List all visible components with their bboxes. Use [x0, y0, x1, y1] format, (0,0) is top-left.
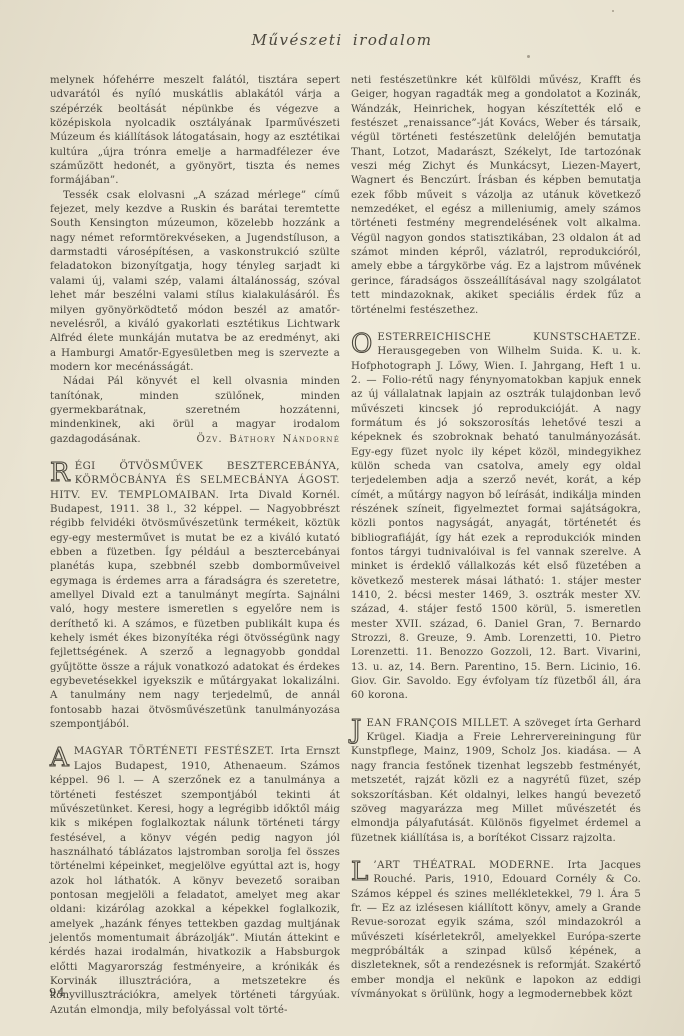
author-signature: Özv. Báthory Nándorné: [184, 433, 340, 447]
paragraph-text: neti festészetünkre két külföldi művész,…: [351, 75, 641, 316]
entry-body: A szöveget írta Gerhard Krügel. Kiadja a…: [351, 718, 641, 844]
review-entry: RÉGI ÖTVÖSMŰVEK BESZTERCEBÁNYA, KÖRMÖCBÁ…: [50, 460, 340, 733]
entry-body: Irta Ernszt Lajos Budapest, 1910, Athena…: [50, 746, 340, 1015]
text-paragraph: Nádai Pál könyvét el kell olvasnia minde…: [50, 375, 340, 447]
entry-title: ’ART THÉATRAL MODERNE.: [373, 860, 554, 871]
scan-speck: [527, 55, 530, 58]
page-content: melynek hófehérre meszelt falától, tiszt…: [50, 74, 641, 1018]
dropcap-initial: J: [351, 717, 367, 743]
dropcap-initial: A: [50, 745, 74, 771]
text-paragraph: melynek hófehérre meszelt falától, tiszt…: [50, 74, 340, 189]
entry-body: Herausgegeben von Wilhelm Suida. K. u. k…: [351, 346, 641, 701]
paragraph-text: melynek hófehérre meszelt falától, tiszt…: [50, 75, 340, 186]
dropcap-initial: R: [50, 460, 75, 486]
review-entry: L’ART THÉATRAL MODERNE. Irta Jacques Rou…: [351, 859, 641, 1002]
dropcap-initial: O: [351, 331, 377, 357]
page-title: Művészeti irodalom: [0, 31, 684, 49]
review-entry: JEAN FRANÇOIS MILLET. A szöveget írta Ge…: [351, 717, 641, 846]
text-paragraph: neti festészetünkre két külföldi művész,…: [351, 74, 641, 318]
entry-title: ESTERREICHISCHE KUNSTSCHAETZE.: [377, 332, 641, 343]
entry-body: Irta Jacques Rouché. Paris, 1910, Edouar…: [351, 860, 641, 1000]
left-column: melynek hófehérre meszelt falától, tiszt…: [50, 74, 340, 1018]
page-number: 94: [49, 985, 66, 999]
paragraph-text: Tessék csak elolvasni „A század mérlege”…: [50, 190, 340, 373]
review-entry: AMAGYAR TÖRTÉNETI FESTÉSZET. Irta Ernszt…: [50, 745, 340, 1018]
entry-title: EAN FRANÇOIS MILLET.: [367, 718, 510, 729]
scan-speck: [570, 957, 573, 959]
text-paragraph: Tessék csak elolvasni „A század mérlege”…: [50, 189, 340, 375]
right-column: neti festészetünkre két külföldi művész,…: [351, 74, 641, 1018]
journal-page: Művészeti irodalom melynek hófehérre mes…: [0, 0, 684, 1036]
dropcap-initial: L: [351, 859, 373, 885]
scan-speck: [612, 10, 614, 12]
review-entry: OESTERREICHISCHE KUNSTSCHAETZE. Herausge…: [351, 331, 641, 704]
entry-title: MAGYAR TÖRTÉNETI FESTÉSZET.: [74, 746, 274, 757]
entry-body: Irta Divald Kornél. Budapest, 1911. 38 l…: [50, 490, 340, 731]
